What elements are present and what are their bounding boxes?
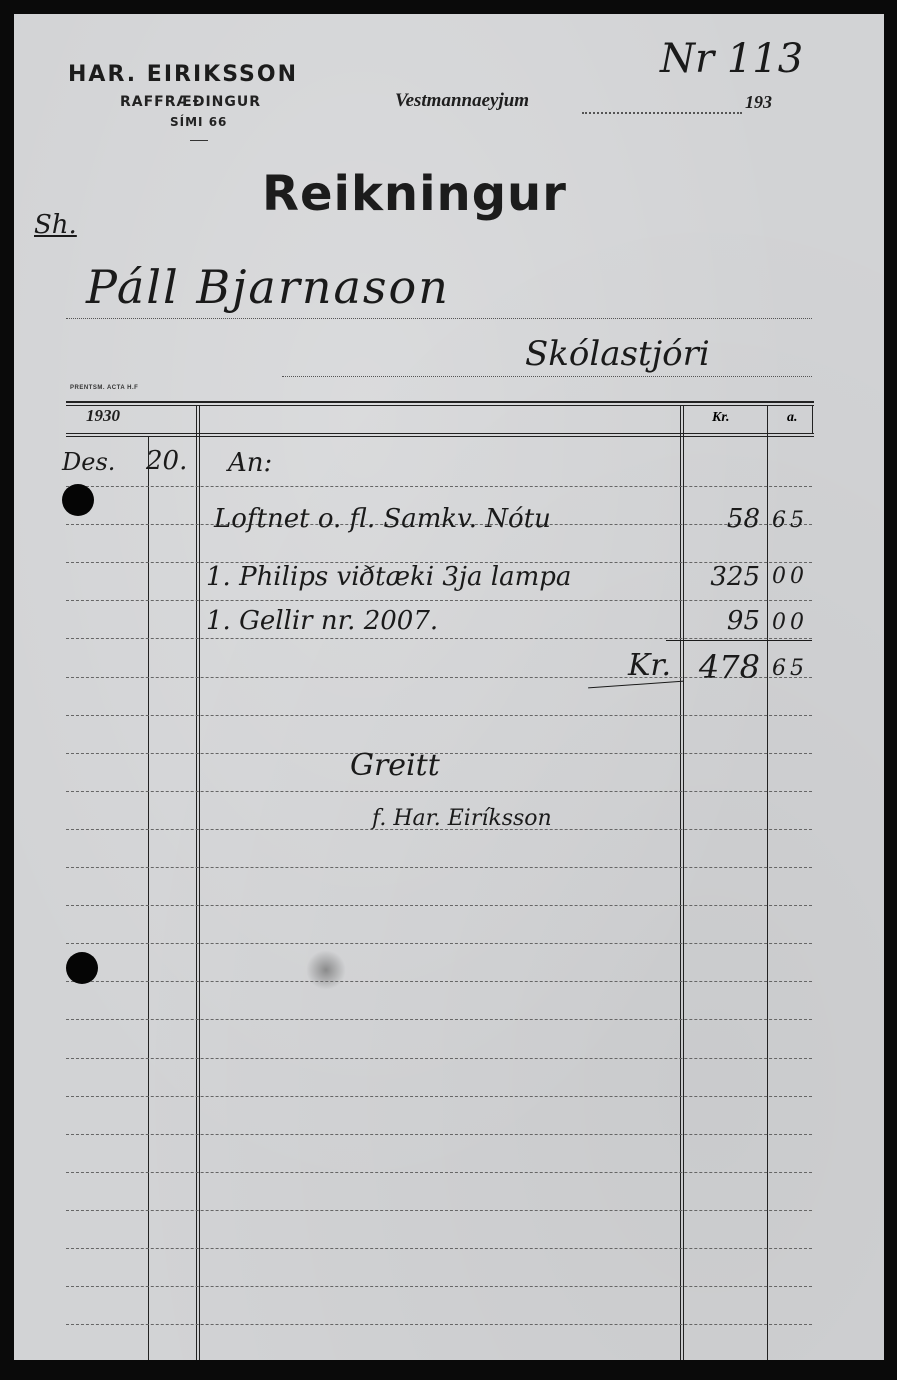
ruled-line xyxy=(66,1096,812,1097)
table-year: 1930 xyxy=(86,406,120,426)
ruled-line xyxy=(66,1286,812,1287)
total-label: Kr. xyxy=(628,648,671,683)
column-rule-desc-left-2 xyxy=(199,405,200,1360)
recipient-label: Sh. xyxy=(34,210,77,240)
signature: f. Har. Eiríksson xyxy=(372,806,552,831)
column-rule-aur-left xyxy=(767,405,768,1360)
paid-note: Greitt xyxy=(350,748,440,783)
punch-hole-top xyxy=(62,484,94,516)
printer-mark: PRENTSM. ACTA H.F xyxy=(70,385,138,391)
invoice-number: Nr 113 xyxy=(660,36,803,82)
year-prefix: 193 xyxy=(745,92,772,113)
divider xyxy=(190,140,208,141)
ruled-line xyxy=(66,1058,812,1059)
line-item-kronur: 325 xyxy=(686,562,760,592)
line-item-kronur: 58 xyxy=(686,504,760,534)
total-aurar: 65 xyxy=(772,656,808,681)
table-header-rule-2 xyxy=(66,436,814,437)
table-top-rule xyxy=(66,401,814,403)
column-rule-kr-left xyxy=(680,405,681,1360)
recipient-address: Skólastjóri xyxy=(525,334,710,374)
ruled-line xyxy=(66,1019,812,1020)
ruled-line xyxy=(66,1248,812,1249)
ruled-line xyxy=(66,638,812,639)
line-item-kronur: 95 xyxy=(686,606,760,636)
recipient-line xyxy=(66,318,812,319)
ruled-line xyxy=(66,943,812,944)
line-item-aurar: 00 xyxy=(772,564,808,589)
line-item-description: 1. Philips viðtæki 3ja lampa xyxy=(206,562,571,592)
ruled-line xyxy=(66,791,812,792)
ruled-line xyxy=(66,600,812,601)
sum-rule xyxy=(666,640,812,641)
ink-smudge xyxy=(306,950,346,990)
line-item-description: 1. Gellir nr. 2007. xyxy=(206,606,438,636)
header-aurar: a. xyxy=(787,410,798,426)
company-phone: SÍMI 66 xyxy=(170,115,227,129)
recipient-name: Páll Bjarnason xyxy=(86,260,450,314)
company-trade: RAFFRÆÐINGUR xyxy=(120,94,261,110)
column-rule-date xyxy=(148,436,149,1360)
entry-day: 20. xyxy=(146,446,187,476)
ruled-line xyxy=(66,867,812,868)
column-rule-desc-left xyxy=(196,405,197,1360)
column-rule-right xyxy=(812,405,813,433)
place-name: Vestmannaeyjum xyxy=(395,90,529,112)
table-top-rule-2 xyxy=(66,405,814,406)
date-dotted-line xyxy=(582,112,742,114)
ruled-line xyxy=(66,905,812,906)
ruled-line xyxy=(66,1210,812,1211)
line-item-aurar: 00 xyxy=(772,610,808,635)
ruled-line xyxy=(66,1172,812,1173)
punch-hole-bottom xyxy=(66,952,98,984)
line-item-description: Loftnet o. fl. Samkv. Nótu xyxy=(214,504,551,534)
entry-intro: An: xyxy=(228,448,272,478)
ruled-line xyxy=(66,1134,812,1135)
company-name: HAR. EIRIKSSON xyxy=(68,62,298,87)
entry-month: Des. xyxy=(62,448,115,476)
table-header-rule xyxy=(66,433,814,434)
ruled-line xyxy=(66,486,812,487)
ruled-line xyxy=(66,981,812,982)
document-title: Reikningur xyxy=(262,166,567,222)
column-rule-kr-left-2 xyxy=(683,405,684,1360)
total-kronur: 478 xyxy=(684,648,760,686)
header-kronur: Kr. xyxy=(712,410,730,426)
address-line xyxy=(282,376,812,377)
line-item-aurar: 65 xyxy=(772,508,808,533)
ruled-line xyxy=(66,715,812,716)
ruled-line xyxy=(66,1324,812,1325)
